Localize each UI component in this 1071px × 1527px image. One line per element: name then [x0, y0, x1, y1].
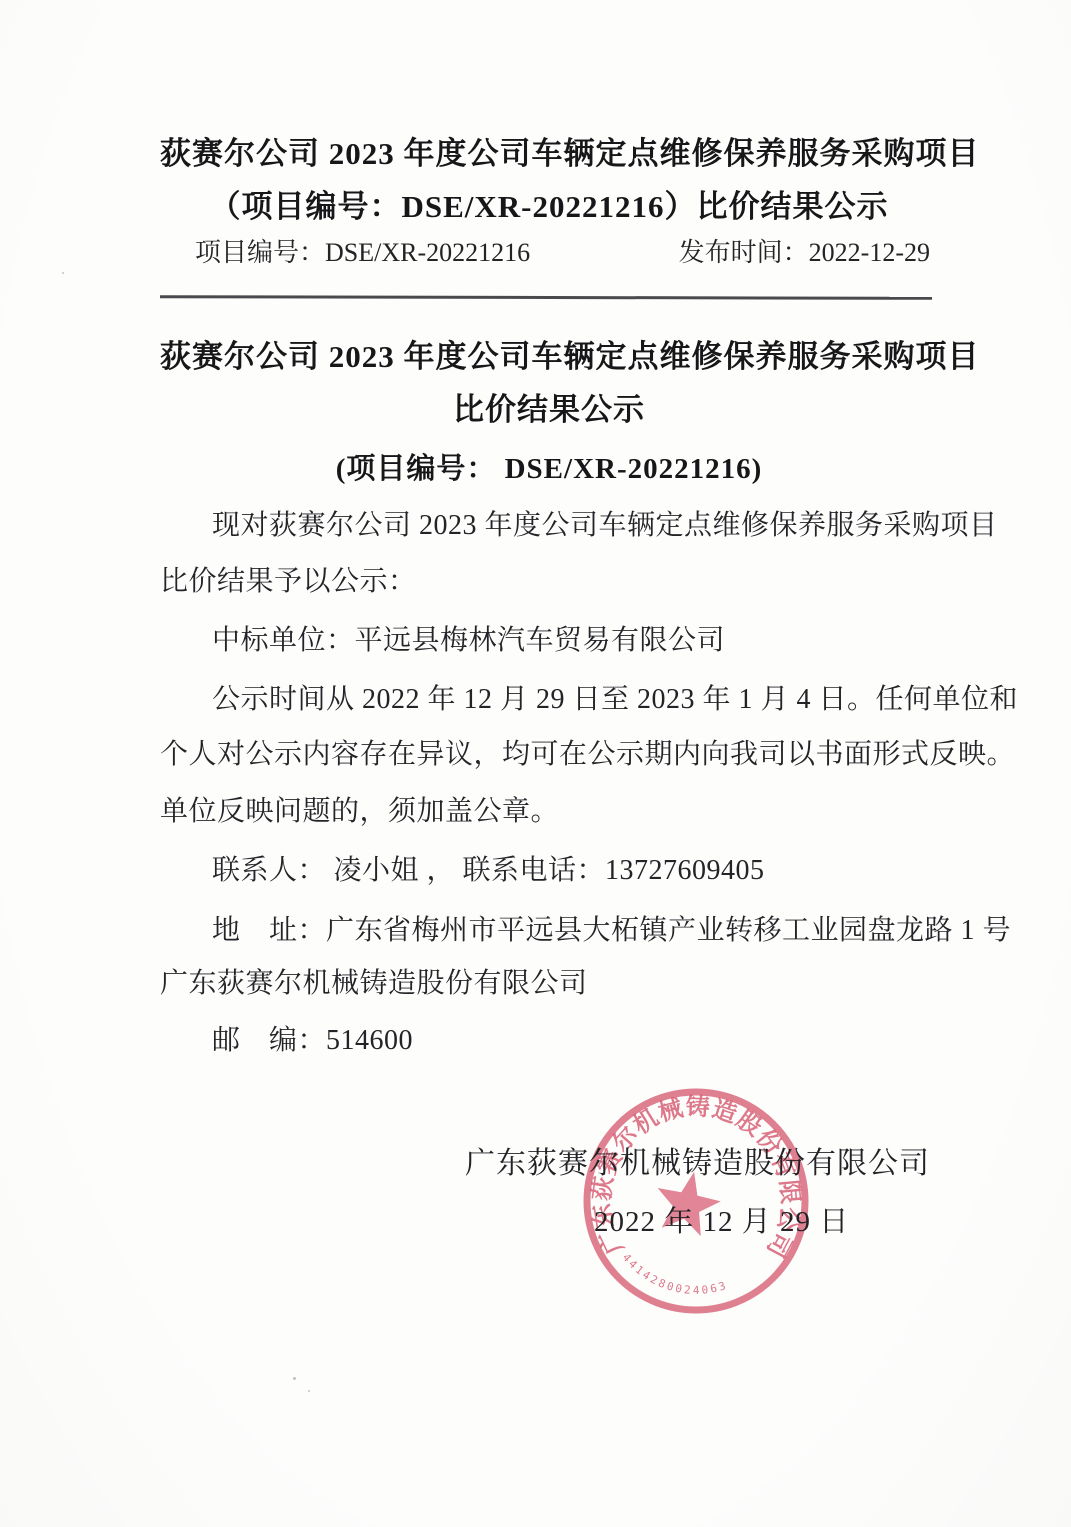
- header-title-line1: 荻赛尔公司 2023 年度公司车辆定点维修保养服务采购项目: [160, 128, 938, 173]
- header-meta-row: 项目编号：DSE/XR-20221216 发布时间：2022-12-29: [160, 232, 930, 269]
- body-line: 公示时间从 2022 年 12 月 29 日至 2023 年 1 月 4 日。任…: [160, 677, 990, 717]
- scan-speck: [308, 1390, 310, 1392]
- body-line: 个人对公示内容存在异议，均可在公示期内向我司以书面形式反映。: [160, 732, 938, 772]
- header-title-line2: （项目编号：DSE/XR-20221216）比价结果公示: [160, 181, 938, 226]
- header-project-number: 项目编号：DSE/XR-20221216: [195, 232, 530, 269]
- body-line-address: 地 址：广东省梅州市平远县大柘镇产业转移工业园盘龙路 1 号: [160, 908, 990, 948]
- header-divider: [160, 295, 932, 300]
- signature-date: 2022 年 12 月 29 日: [594, 1199, 849, 1240]
- header-publish-date: 发布时间：2022-12-29: [679, 232, 930, 269]
- body-line-winner: 中标单位：平远县梅林汽车贸易有限公司: [160, 618, 990, 658]
- body-line-postcode: 邮 编：514600: [160, 1018, 990, 1058]
- notice-title-line2: 比价结果公示: [160, 384, 938, 429]
- signature-company: 广东荻赛尔机械铸造股份有限公司: [465, 1138, 930, 1182]
- scan-speck: [293, 1377, 296, 1380]
- notice-project-number: (项目编号： DSE/XR-20221216): [160, 446, 938, 487]
- body-line: 单位反映问题的，须加盖公章。: [160, 789, 938, 829]
- document-page: 荻赛尔公司 2023 年度公司车辆定点维修保养服务采购项目 （项目编号：DSE/…: [0, 0, 1071, 1527]
- body-line: 现对荻赛尔公司 2023 年度公司车辆定点维修保养服务采购项目: [160, 503, 990, 543]
- body-line-address-cont: 广东荻赛尔机械铸造股份有限公司: [160, 961, 938, 1001]
- body-line: 比价结果予以公示：: [160, 559, 938, 599]
- notice-title-line1: 荻赛尔公司 2023 年度公司车辆定点维修保养服务采购项目: [160, 331, 938, 376]
- body-line-contact: 联系人： 凌小姐 ， 联系电话：13727609405: [160, 848, 990, 888]
- scan-speck: [62, 272, 64, 274]
